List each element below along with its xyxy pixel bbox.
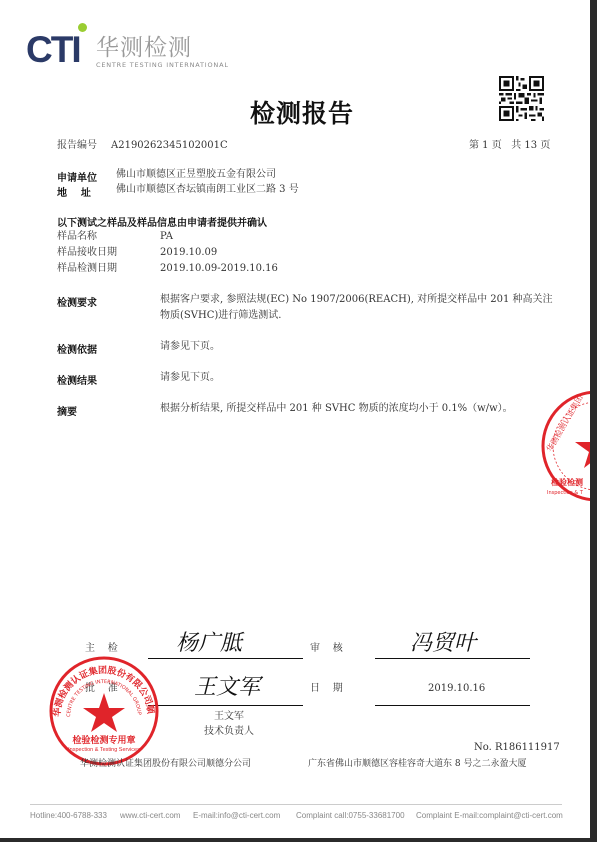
viewer-background-right (590, 0, 597, 842)
cti-logo-mark: CTI (26, 30, 80, 70)
approver-signature: 王文军 (194, 670, 260, 701)
applicant-value: 佛山市顺德区正昱塑胶五金有限公司 (116, 168, 276, 182)
basis-label: 检测依据 (57, 341, 97, 356)
sample-tested-value: 2019.10.09-2019.10.16 (160, 262, 278, 276)
inspector-label: 主 检 (85, 642, 118, 656)
sample-tested-label: 样品检测日期 (57, 262, 117, 276)
document-title: 检测报告 (250, 94, 354, 130)
requirement-line-2: 物质(SVHC)进行筛选测试. (160, 309, 281, 323)
footer-complaint-email[interactable]: Complaint E-mail:complaint@cti-cert.com (416, 811, 563, 820)
footer-hotline: Hotline:400-6788-333 (30, 811, 107, 820)
inspector-sign-line (148, 658, 303, 659)
date-value: 2019.10.16 (428, 682, 485, 696)
result-label: 检测结果 (57, 372, 97, 387)
qr-code-icon (499, 76, 544, 121)
page-indicator: 第 1 页 共 13 页 (469, 139, 550, 153)
report-serial-number: No. R186111917 (474, 741, 560, 755)
approver-sign-line (148, 705, 303, 706)
footer-email[interactable]: E-mail:info@cti-cert.com (193, 811, 280, 820)
svg-text:Inspection & T: Inspection & T (547, 490, 584, 496)
svg-text:检验检测专用章: 检验检测专用章 (72, 734, 135, 746)
basis-value: 请参见下页。 (160, 340, 220, 354)
address-value: 佛山市顺德区杏坛镇南朗工业区二路 3 号 (116, 183, 299, 197)
svg-text:Inspection & Testing Services: Inspection & Testing Services (68, 747, 140, 753)
report-number-value: A2190262345102001C (111, 139, 228, 153)
company-stamp: 华测检测认证集团股份有限公司顺德分公司 CENTRE TESTING INTER… (48, 655, 160, 767)
logo-chinese-name: 华测检测 (96, 35, 192, 61)
result-value: 请参见下页。 (160, 371, 220, 385)
date-label: 日 期 (310, 682, 343, 696)
requirement-label: 检测要求 (57, 294, 97, 309)
requirement-line-1: 根据客户要求, 参照法规(EC) No 1907/2006(REACH), 对所… (160, 293, 553, 307)
footer-complaint-call: Complaint call:0755-33681700 (296, 811, 405, 820)
sample-received-value: 2019.10.09 (160, 246, 217, 260)
report-number-label: 报告编号 (57, 139, 97, 153)
viewer-background-bottom (0, 838, 597, 842)
company-address: 广东省佛山市顺德区容桂容奇大道东 8 号之二永盈大厦 (308, 757, 526, 771)
applicant-label: 申请单位 (57, 169, 97, 184)
footer-website[interactable]: www.cti-cert.com (120, 811, 180, 820)
reviewer-signature: 冯贸叶 (410, 626, 476, 657)
sample-name-label: 样品名称 (57, 230, 97, 244)
reviewer-label: 审 核 (310, 642, 343, 656)
summary-value: 根据分析结果, 所提交样品中 201 种 SVHC 物质的浓度均小于 0.1%（… (160, 402, 513, 416)
approver-name: 王文军 (214, 710, 244, 724)
company-stamp-partial: 检验检测 Inspection & T 华测检测认证集团 (537, 390, 597, 510)
report-page: CTI 华测检测 CENTRE TESTING INTERNATIONAL 检测… (0, 0, 590, 838)
sample-received-label: 样品接收日期 (57, 246, 117, 260)
summary-label: 摘要 (57, 403, 77, 418)
sample-info-heading: 以下测试之样品及样品信息由申请者提供并确认 (57, 214, 267, 229)
date-sign-line (375, 705, 530, 706)
address-label: 地 址 (57, 184, 91, 199)
logo-english-name: CENTRE TESTING INTERNATIONAL (96, 61, 229, 69)
approver-title: 技术负责人 (204, 725, 254, 739)
logo-dot-icon (78, 23, 87, 32)
sample-name-value: PA (160, 230, 173, 244)
inspector-signature: 杨广胝 (176, 626, 242, 657)
svg-text:检验检测: 检验检测 (551, 477, 583, 487)
company-name: 华测检测认证集团股份有限公司顺德分公司 (80, 757, 251, 771)
footer-divider (30, 804, 562, 805)
reviewer-sign-line (375, 658, 530, 659)
